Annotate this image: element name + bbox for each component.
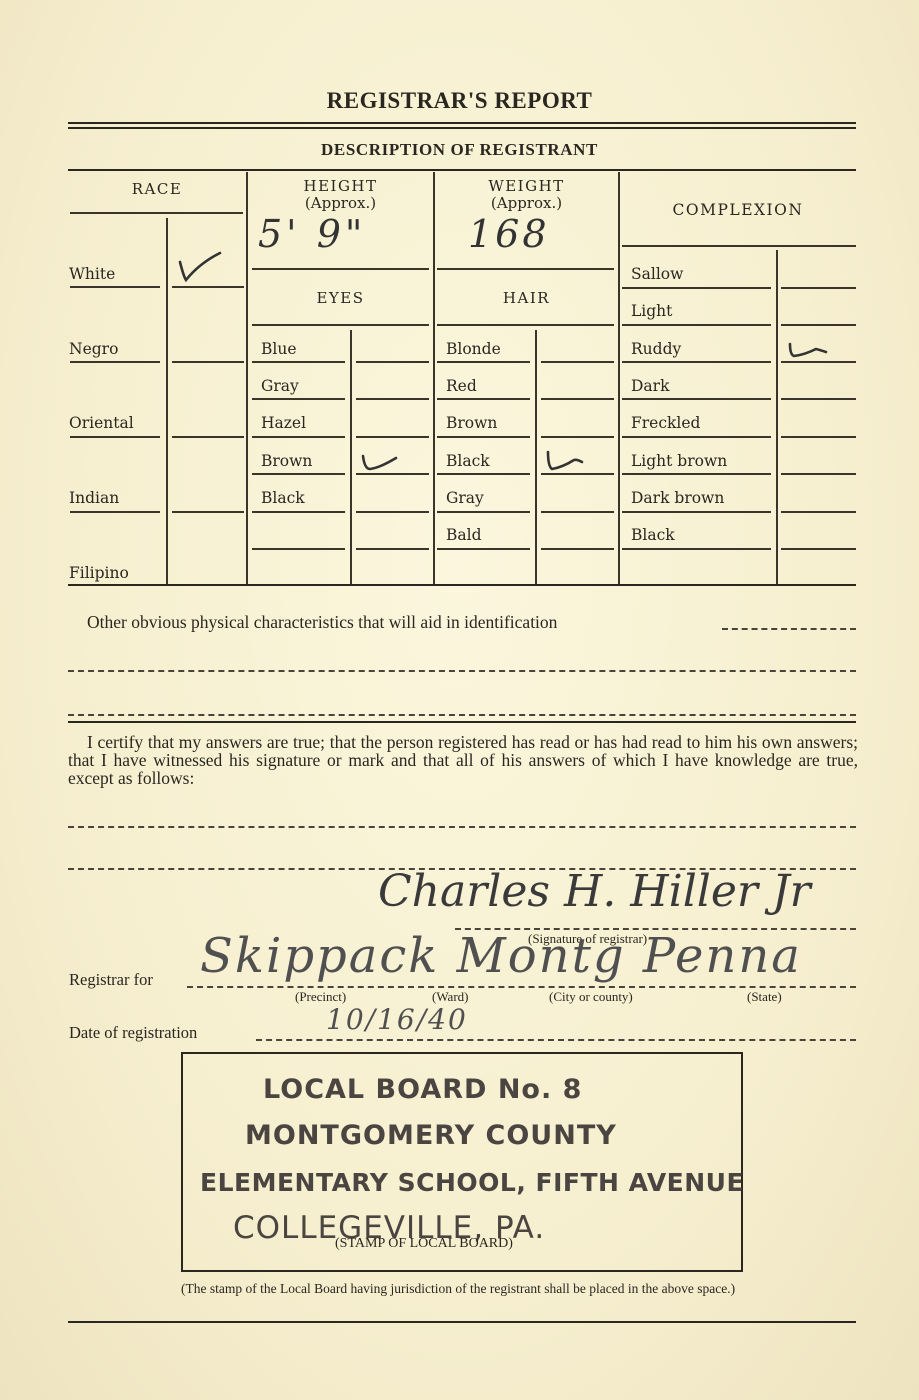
divider xyxy=(618,172,620,584)
hair-red-label: Red xyxy=(446,377,477,395)
other-characteristics-field[interactable] xyxy=(722,628,856,630)
exceptions-line-1[interactable] xyxy=(68,826,856,828)
weight-value[interactable]: 168 xyxy=(468,212,550,256)
divider xyxy=(252,548,345,550)
divider xyxy=(172,436,244,438)
hair-bald-label: Bald xyxy=(446,526,482,544)
complexion-dark-brown-label: Dark brown xyxy=(631,489,724,507)
divider xyxy=(541,511,614,513)
divider xyxy=(252,511,345,513)
complexion-ruddy-label: Ruddy xyxy=(631,340,681,358)
eyes-gray-label: Gray xyxy=(261,377,299,395)
race-filipino-checkbox[interactable] xyxy=(172,550,244,580)
divider xyxy=(437,398,530,400)
race-header: RACE xyxy=(68,181,246,198)
local-board-stamp-box: LOCAL BOARD No. 8 MONTGOMERY COUNTY ELEM… xyxy=(181,1052,743,1272)
hair-header: HAIR xyxy=(435,290,618,307)
divider xyxy=(252,398,345,400)
eyes-brown-label: Brown xyxy=(261,452,312,470)
divider xyxy=(781,436,856,438)
divider xyxy=(622,287,771,289)
date-of-registration-value[interactable]: 10/16/40 xyxy=(326,1003,468,1036)
stamp-line-3: ELEMENTARY SCHOOL, FIFTH AVENUE xyxy=(200,1168,744,1197)
divider xyxy=(252,436,345,438)
divider xyxy=(781,398,856,400)
hair-brown-label: Brown xyxy=(446,414,497,432)
divider xyxy=(70,511,160,513)
complexion-freckled-label: Freckled xyxy=(631,414,700,432)
divider xyxy=(252,268,429,270)
complexion-light-brown-label: Light brown xyxy=(631,452,727,470)
divider xyxy=(70,286,160,288)
height-header-label: HEIGHT xyxy=(248,178,433,195)
city-caption: (City or county) xyxy=(549,989,633,1005)
divider xyxy=(622,324,771,326)
complexion-ruddy-checkmark-icon[interactable] xyxy=(786,342,832,360)
eyes-brown-checkmark-icon[interactable] xyxy=(360,452,400,474)
divider xyxy=(172,361,244,363)
weight-header-label: WEIGHT xyxy=(435,178,618,195)
table-bottom-rule xyxy=(68,584,856,586)
divider xyxy=(622,398,771,400)
divider xyxy=(252,361,345,363)
divider xyxy=(622,361,771,363)
divider xyxy=(781,361,856,363)
hair-black-checkmark-icon[interactable] xyxy=(544,448,588,474)
title-rule-bottom xyxy=(68,127,856,129)
bottom-rule xyxy=(68,1321,856,1323)
hair-blonde-label: Blonde xyxy=(446,340,501,358)
registrar-signature[interactable]: Charles H. Hiller Jr xyxy=(378,866,811,917)
complexion-dark-label: Dark xyxy=(631,377,669,395)
date-of-registration-label: Date of registration xyxy=(69,1023,197,1043)
divider xyxy=(70,361,160,363)
divider xyxy=(781,287,856,289)
divider xyxy=(172,511,244,513)
other-characteristics-line-2[interactable] xyxy=(68,670,856,672)
divider xyxy=(252,324,429,326)
stamp-line-1: LOCAL BOARD No. 8 xyxy=(263,1074,582,1105)
eyes-header: EYES xyxy=(248,290,433,307)
divider xyxy=(541,436,614,438)
race-oriental-label: Oriental xyxy=(69,414,134,432)
divider xyxy=(356,436,429,438)
state-caption: (State) xyxy=(747,989,782,1005)
divider xyxy=(437,361,530,363)
title-rule-top xyxy=(68,122,856,124)
page-title: REGISTRAR'S REPORT xyxy=(0,88,919,114)
divider xyxy=(350,330,352,584)
registrar-for-line[interactable] xyxy=(187,986,856,988)
race-negro-checkbox[interactable] xyxy=(172,330,244,360)
divider xyxy=(622,436,771,438)
divider xyxy=(437,511,530,513)
date-of-registration-line[interactable] xyxy=(256,1039,856,1041)
height-header-sub: (Approx.) xyxy=(248,195,433,212)
other-characteristics-text: Other obvious physical characteristics t… xyxy=(68,612,557,632)
divider xyxy=(166,218,168,584)
divider xyxy=(356,361,429,363)
complexion-black-label: Black xyxy=(631,526,675,544)
divider xyxy=(172,286,244,288)
race-white-checkmark-icon[interactable] xyxy=(176,250,224,284)
certification-text: I certify that my answers are true; that… xyxy=(68,733,858,787)
divider xyxy=(781,511,856,513)
registrars-report-card: REGISTRAR'S REPORT DESCRIPTION OF REGIST… xyxy=(0,0,919,1400)
divider xyxy=(437,268,614,270)
weight-header: WEIGHT (Approx.) xyxy=(435,178,618,212)
hair-gray-label: Gray xyxy=(446,489,484,507)
divider xyxy=(622,548,771,550)
height-header: HEIGHT (Approx.) xyxy=(248,178,433,212)
divider xyxy=(781,473,856,475)
complexion-sallow-label: Sallow xyxy=(631,265,683,283)
divider xyxy=(433,172,435,584)
registrar-for-value[interactable]: Skippack Montg Penna xyxy=(200,928,802,984)
registrar-for-label: Registrar for xyxy=(69,970,153,990)
divider xyxy=(252,473,345,475)
divider xyxy=(776,250,778,584)
divider xyxy=(541,548,614,550)
other-characteristics-line-3[interactable] xyxy=(68,714,856,716)
stamp-note: (The stamp of the Local Board having jur… xyxy=(181,1282,751,1296)
race-indian-label: Indian xyxy=(69,489,119,507)
divider xyxy=(70,436,160,438)
eyes-blue-label: Blue xyxy=(261,340,297,358)
divider xyxy=(246,172,248,584)
section-subtitle: DESCRIPTION OF REGISTRANT xyxy=(0,140,919,160)
race-negro-label: Negro xyxy=(69,340,118,358)
divider xyxy=(437,324,614,326)
divider xyxy=(437,548,530,550)
eyes-hazel-label: Hazel xyxy=(261,414,306,432)
complexion-header: COMPLEXION xyxy=(620,202,856,219)
divider xyxy=(437,436,530,438)
divider xyxy=(541,361,614,363)
divider xyxy=(781,324,856,326)
divider xyxy=(70,212,243,214)
divider xyxy=(622,473,771,475)
stamp-line-2: MONTGOMERY COUNTY xyxy=(245,1120,617,1151)
stamp-caption: (STAMP OF LOCAL BOARD) xyxy=(335,1236,513,1252)
eyes-black-label: Black xyxy=(261,489,305,507)
race-white-label: White xyxy=(69,265,115,283)
weight-header-sub: (Approx.) xyxy=(435,195,618,212)
section-rule xyxy=(68,721,856,723)
race-filipino-label: Filipino xyxy=(69,564,129,582)
divider xyxy=(622,511,771,513)
divider xyxy=(356,398,429,400)
subtitle-rule xyxy=(68,169,856,171)
divider xyxy=(356,511,429,513)
hair-black-label: Black xyxy=(446,452,490,470)
divider xyxy=(541,398,614,400)
height-value[interactable]: 5' 9" xyxy=(258,212,366,256)
divider xyxy=(535,330,537,584)
complexion-light-label: Light xyxy=(631,302,672,320)
divider xyxy=(781,548,856,550)
divider xyxy=(622,245,856,247)
race-oriental-checkbox[interactable] xyxy=(172,405,244,435)
divider xyxy=(356,548,429,550)
race-indian-checkbox[interactable] xyxy=(172,480,244,510)
divider xyxy=(437,473,530,475)
